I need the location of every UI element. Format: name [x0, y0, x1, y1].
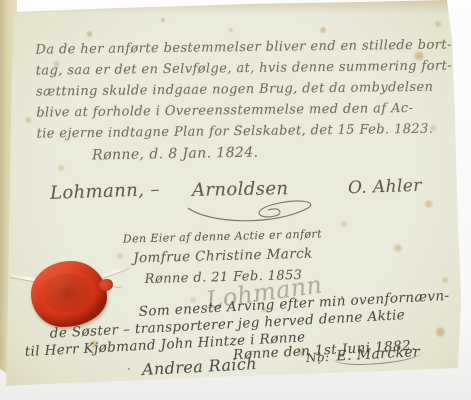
ink-speck — [318, 362, 320, 364]
signature-marcker: E. Marcker — [333, 344, 424, 367]
main-paragraph: Da de her anførte bestemmelser bliver en… — [35, 34, 460, 144]
signature-ahler: O. Ahler — [348, 176, 422, 199]
ink-speck — [128, 368, 130, 370]
document-photo: Da de her anførte bestemmelser bliver en… — [0, 0, 471, 400]
ink-speck — [341, 296, 343, 298]
dateline-1824: Rønne, d. 8 Jan. 1824. — [92, 145, 259, 164]
signature-lohmann: Lohmann, – — [50, 179, 160, 204]
paragraph-line: tie ejerne indtagne Plan for Selskabet, … — [36, 118, 460, 144]
document-page: Da de her anførte bestemmelser bliver en… — [0, 0, 471, 400]
